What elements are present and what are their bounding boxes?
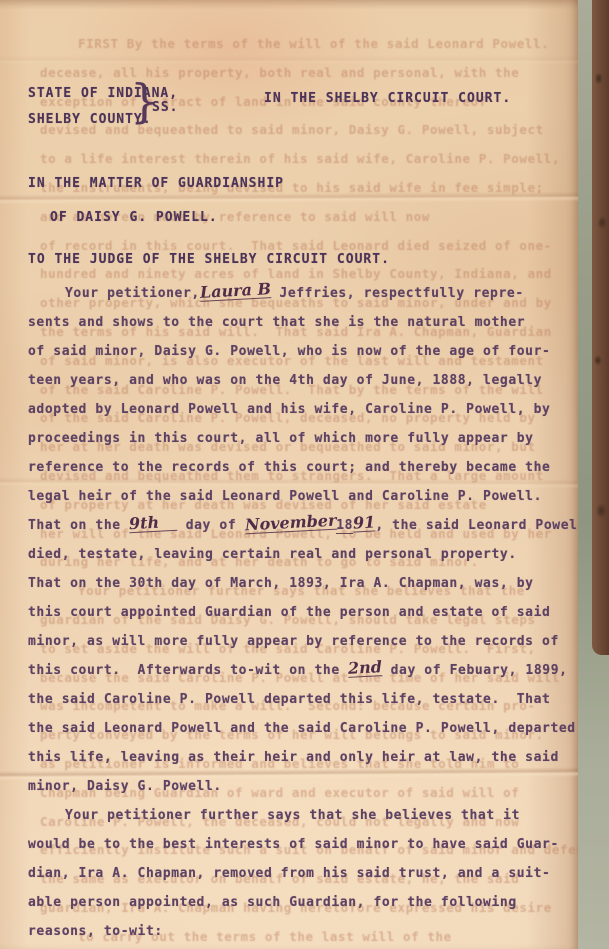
typed-line: Your petitioner further says that she be… bbox=[28, 801, 578, 830]
typed-text: minor, Daisy G. Powell. bbox=[28, 779, 222, 794]
typed-line: minor, as will more fully appear by refe… bbox=[28, 627, 578, 656]
typed-line: Your petitioner,Laura B Jeffries, respec… bbox=[28, 279, 578, 308]
typed-text: Your petitioner, bbox=[65, 286, 200, 301]
typed-line: able person appointed, as such Guardian,… bbox=[28, 888, 578, 917]
typed-text: , the said Leonard Powell bbox=[375, 518, 578, 533]
caption-ss-abbrev: SS. bbox=[152, 100, 178, 115]
typed-line: would be to the best interests of said m… bbox=[28, 830, 578, 859]
scanned-page-photo: FIRST By the terms of the will of the sa… bbox=[0, 0, 609, 949]
typed-text: died, testate, leaving certain real and … bbox=[28, 547, 517, 562]
typed-text: That on the bbox=[28, 518, 129, 533]
typed-line: proceedings in this court, all of which … bbox=[28, 424, 578, 453]
typed-text: day of Febuary, 1899, bbox=[382, 663, 567, 678]
typed-text-layer: STATE OF INDIANA, SHELBY COUNTY. } SS. I… bbox=[0, 0, 578, 949]
typed-line: reference to the records of this court; … bbox=[28, 453, 578, 482]
typed-text: proceedings in this court, all of which … bbox=[28, 431, 534, 446]
typed-text: this court appointed Guardian of the per… bbox=[28, 605, 550, 620]
typed-line: dian, Ira A. Chapman, removed from his s… bbox=[28, 859, 578, 888]
typed-line: this life, leaving as their heir and onl… bbox=[28, 743, 578, 772]
typed-text: the said Caroline P. Powell departed thi… bbox=[28, 692, 550, 707]
caption-court-name: IN THE SHELBY CIRCUIT COURT. bbox=[264, 91, 511, 106]
typed-text: legal heir of the said Leonard Powell an… bbox=[28, 489, 542, 504]
typed-text: adopted by Leonard Powell and his wife, … bbox=[28, 402, 550, 417]
typed-text: dian, Ira A. Chapman, removed from his s… bbox=[28, 866, 550, 881]
typed-text: of said minor, Daisy G. Powell, who is n… bbox=[28, 344, 550, 359]
handwritten-text: 2nd bbox=[348, 659, 383, 678]
handwritten-text: 9th bbox=[129, 514, 178, 533]
typed-text: able person appointed, as such Guardian,… bbox=[28, 895, 517, 910]
handwritten-text: November bbox=[244, 513, 336, 535]
typed-line: That on the 30th day of March, 1893, Ira… bbox=[28, 569, 578, 598]
handwritten-text: Laura B bbox=[199, 281, 271, 302]
typed-line: this court. Afterwards to-wit on the 2nd… bbox=[28, 656, 578, 685]
typed-line: legal heir of the said Leonard Powell an… bbox=[28, 482, 578, 511]
document-page: FIRST By the terms of the will of the sa… bbox=[0, 0, 578, 949]
matter-title-line1: IN THE MATTER OF GUARDIANSHIP bbox=[28, 176, 284, 191]
typed-line: adopted by Leonard Powell and his wife, … bbox=[28, 395, 578, 424]
typed-line: sents and shows to the court that she is… bbox=[28, 308, 578, 337]
typed-line: of said minor, Daisy G. Powell, who is n… bbox=[28, 337, 578, 366]
typed-text: this court. Afterwards to-wit on the bbox=[28, 663, 348, 678]
typed-text: sents and shows to the court that she is… bbox=[28, 315, 525, 330]
typed-text: minor, as will more fully appear by refe… bbox=[28, 634, 559, 649]
handwritten-text: 91 bbox=[353, 514, 376, 532]
typed-text: the said Leonard Powell and the said Car… bbox=[28, 721, 576, 736]
typed-line: minor, Daisy G. Powell. bbox=[28, 772, 578, 801]
typed-text: teen years, and who was on the 4th day o… bbox=[28, 373, 542, 388]
typed-text: day of bbox=[177, 518, 244, 533]
typed-text: 18 bbox=[336, 518, 353, 534]
book-binding-leather bbox=[592, 0, 609, 655]
typed-line: reasons, to-wit: bbox=[28, 917, 578, 946]
matter-title-line2: OF DAISY G. POWELL. bbox=[50, 210, 218, 225]
typed-text: this life, leaving as their heir and onl… bbox=[28, 750, 559, 765]
salutation-line: TO THE JUDGE OF THE SHELBY CIRCUIT COURT… bbox=[28, 252, 390, 267]
typed-text: reference to the records of this court; … bbox=[28, 460, 550, 475]
typed-text: would be to the best interests of said m… bbox=[28, 837, 559, 852]
typed-line: the said Caroline P. Powell departed thi… bbox=[28, 685, 578, 714]
petition-body: Your petitioner,Laura B Jeffries, respec… bbox=[28, 279, 578, 946]
typed-line: this court appointed Guardian of the per… bbox=[28, 598, 578, 627]
typed-line: That on the 9th day of November1891, the… bbox=[28, 511, 578, 540]
typed-text: Jeffries, respectfully repre- bbox=[271, 286, 524, 301]
typed-line: teen years, and who was on the 4th day o… bbox=[28, 366, 578, 395]
typed-text: reasons, to-wit: bbox=[28, 924, 163, 939]
typed-text: Your petitioner further says that she be… bbox=[65, 808, 520, 823]
typed-line: died, testate, leaving certain real and … bbox=[28, 540, 578, 569]
typed-line: the said Leonard Powell and the said Car… bbox=[28, 714, 578, 743]
typed-text: That on the 30th day of March, 1893, Ira… bbox=[28, 576, 534, 591]
